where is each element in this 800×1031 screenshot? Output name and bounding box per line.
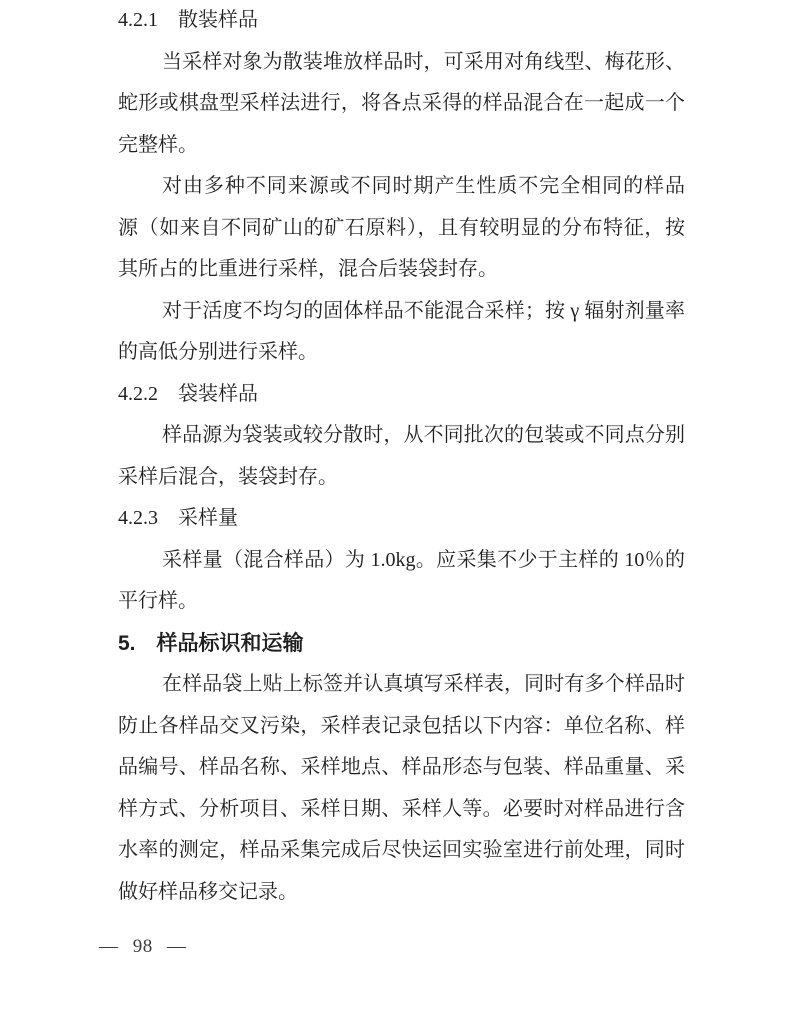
text-line: 样方式、分析项目、采样日期、采样人等。必要时对样品进行含 — [118, 789, 685, 831]
text-line: 源（如来自不同矿山的矿石原料），且有较明显的分布特征，按 — [118, 208, 685, 250]
text-line: 水率的测定，样品采集完成后尽快运回实验室进行前处理，同时 — [118, 830, 685, 872]
text-line: 样品源为袋装或较分散时，从不同批次的包装或不同点分别 — [118, 415, 685, 457]
paragraph: 采样量（混合样品）为 1.0kg。应采集不少于主样的 10％的平行样。 — [118, 540, 685, 623]
text-line: 做好样品移交记录。 — [118, 872, 685, 914]
paragraph: 对于活度不均匀的固体样品不能混合采样；按 γ 辐射剂量率的高低分别进行采样。 — [118, 291, 685, 374]
text-line: 蛇形或棋盘型采样法进行，将各点采得的样品混合在一起成一个 — [118, 83, 685, 125]
text-line: 当采样对象为散装堆放样品时，可采用对角线型、梅花形、 — [118, 42, 685, 84]
page-number: — 98 — — [99, 936, 187, 957]
section-4-2-2: 4.2.2 袋装样品 — [118, 374, 685, 416]
text-line: 对于活度不均匀的固体样品不能混合采样；按 γ 辐射剂量率 — [118, 291, 685, 333]
paragraph: 在样品袋上贴上标签并认真填写采样表，同时有多个样品时防止各样品交叉污染，采样表记… — [118, 664, 685, 913]
paragraph: 样品源为袋装或较分散时，从不同批次的包装或不同点分别采样后混合，装袋封存。 — [118, 415, 685, 498]
section-5: 5. 样品标识和运输 — [118, 623, 685, 665]
document-page: 4.2.1 散装样品当采样对象为散装堆放样品时，可采用对角线型、梅花形、蛇形或棋… — [0, 0, 800, 1031]
section-4-2-1: 4.2.1 散装样品 — [118, 0, 685, 42]
text-line: 防止各样品交叉污染，采样表记录包括以下内容：单位名称、样 — [118, 706, 685, 748]
text-line: 品编号、样品名称、采样地点、样品形态与包装、样品重量、采 — [118, 747, 685, 789]
text-line: 采样后混合，装袋封存。 — [118, 457, 685, 499]
page-footer: — 98 — — [99, 936, 187, 958]
text-line: 平行样。 — [118, 581, 685, 623]
paragraph: 对由多种不同来源或不同时期产生性质不完全相同的样品源（如来自不同矿山的矿石原料）… — [118, 166, 685, 291]
text-line: 在样品袋上贴上标签并认真填写采样表，同时有多个样品时 — [118, 664, 685, 706]
text-line: 其所占的比重进行采样，混合后装袋封存。 — [118, 249, 685, 291]
document-content: 4.2.1 散装样品当采样对象为散装堆放样品时，可采用对角线型、梅花形、蛇形或棋… — [118, 0, 685, 913]
section-4-2-3: 4.2.3 采样量 — [118, 498, 685, 540]
text-line: 采样量（混合样品）为 1.0kg。应采集不少于主样的 10％的 — [118, 540, 685, 582]
text-line: 的高低分别进行采样。 — [118, 332, 685, 374]
text-line: 对由多种不同来源或不同时期产生性质不完全相同的样品 — [118, 166, 685, 208]
paragraph: 当采样对象为散装堆放样品时，可采用对角线型、梅花形、蛇形或棋盘型采样法进行，将各… — [118, 42, 685, 167]
text-line: 完整样。 — [118, 125, 685, 167]
